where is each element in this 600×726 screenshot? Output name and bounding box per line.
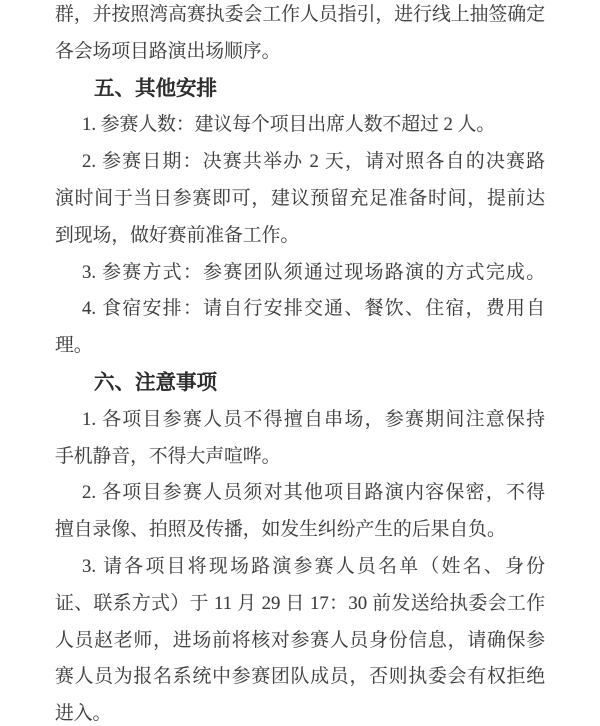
doc-line: 3. 参赛方式：参赛团队须通过现场路演的方式完成。 xyxy=(55,255,545,292)
doc-line: 赛人员为报名系统中参赛团队成员，否则执委会有权拒绝 xyxy=(55,659,545,696)
doc-line: 4. 食宿安排：请自行安排交通、餐饮、住宿，费用自 xyxy=(55,291,545,328)
doc-line: 手机静音，不得大声喧哗。 xyxy=(55,439,545,476)
doc-line: 3. 请各项目将现场路演参赛人员名单（姓名、身份 xyxy=(55,549,545,586)
doc-line: 1. 参赛人数：建议每个项目出席人数不超过 2 人。 xyxy=(55,107,545,144)
doc-line: 理。 xyxy=(55,328,545,365)
doc-line: 2. 参赛日期：决赛共举办 2 天，请对照各自的决赛路 xyxy=(55,144,545,181)
doc-line: 进入。 xyxy=(55,696,545,726)
doc-line: 1. 各项目参赛人员不得擅自串场，参赛期间注意保持 xyxy=(55,402,545,439)
section-heading-six: 六、注意事项 xyxy=(55,365,545,402)
doc-line: 2. 各项目参赛人员须对其他项目路演内容保密，不得 xyxy=(55,475,545,512)
doc-line: 群，并按照湾高赛执委会工作人员指引，进行线上抽签确定 xyxy=(55,0,545,34)
doc-line: 演时间于当日参赛即可，建议预留充足准备时间，提前达 xyxy=(55,181,545,218)
doc-line: 擅自录像、拍照及传播，如发生纠纷产生的后果自负。 xyxy=(55,512,545,549)
doc-line: 到现场，做好赛前准备工作。 xyxy=(55,218,545,255)
section-heading-five: 五、其他安排 xyxy=(55,71,545,108)
doc-line: 人员赵老师，进场前将核对参赛人员身份信息，请确保参 xyxy=(55,623,545,660)
doc-line: 各会场项目路演出场顺序。 xyxy=(55,34,545,71)
document-page: 群，并按照湾高赛执委会工作人员指引，进行线上抽签确定 各会场项目路演出场顺序。 … xyxy=(0,0,600,723)
doc-line: 证、联系方式）于 11 月 29 日 17：30 前发送给执委会工作 xyxy=(55,586,545,623)
